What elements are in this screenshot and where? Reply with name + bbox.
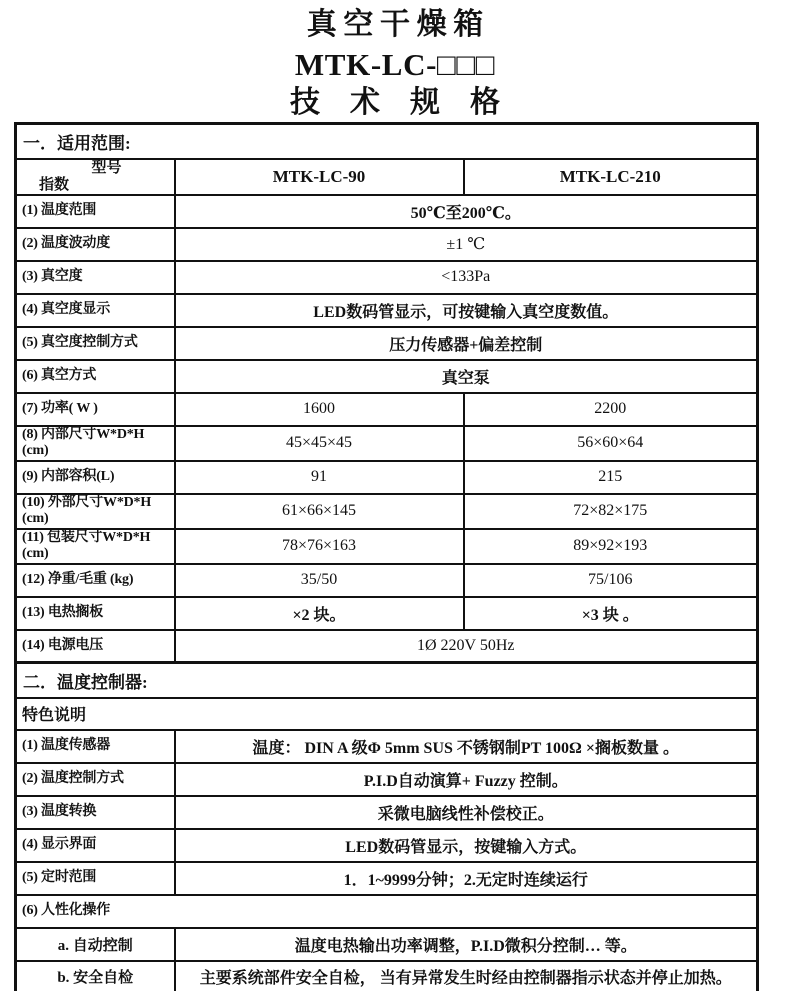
row-label: (2) 温度波动度: [16, 228, 175, 261]
row-value: 1．1~9999分钟；2.无定时连续运行: [175, 862, 758, 895]
row-value-90: 45×45×45: [175, 426, 464, 461]
row-value-90: 61×66×145: [175, 494, 464, 529]
table-row: (1) 温度范围 50℃至200℃。: [16, 195, 758, 228]
row-value: 压力传感器+偏差控制: [175, 327, 758, 360]
table-row: (12) 净重/毛重 (kg) 35/50 75/106: [16, 564, 758, 597]
document-header: 真空干燥箱 MTK-LC-□□□ 技 术 规 格: [0, 0, 790, 121]
section2-subtitle: 特色说明: [16, 698, 758, 730]
row-label: (7) 功率( W ): [16, 393, 175, 426]
product-title: 真空干燥箱: [0, 5, 790, 45]
table-row: (2) 温度波动度 ±1 ℃: [16, 228, 758, 261]
table-row: b. 安全自检 主要系统部件安全自检， 当有异常发生时经由控制器指示状态并停止加…: [16, 961, 758, 991]
table-row: (14) 电源电压 1Ø 220V 50Hz: [16, 630, 758, 663]
matrix-header-row: 型号 指数 MTK-LC-90 MTK-LC-210: [16, 159, 758, 195]
row-label: (6) 真空方式: [16, 360, 175, 393]
table-row: a. 自动控制 温度电热输出功率调整，P.I.D微积分控制… 等。: [16, 928, 758, 961]
section2-subtitle-row: 特色说明: [16, 698, 758, 730]
row-label-full: (6) 人性化操作: [16, 895, 758, 928]
row-label: (3) 真空度: [16, 261, 175, 294]
row-label: (3) 温度转换: [16, 796, 175, 829]
table-row: (1) 温度传感器 温度： DIN A 级Φ 5mm SUS 不锈钢制PT 10…: [16, 730, 758, 763]
row-label: (5) 真空度控制方式: [16, 327, 175, 360]
row-value-210: 215: [464, 461, 758, 494]
section1-title: 一．适用范围:: [16, 124, 758, 159]
table-row: (6) 人性化操作: [16, 895, 758, 928]
table-row: (10) 外部尺寸W*D*H (cm) 61×66×145 72×82×175: [16, 494, 758, 529]
table-row: (5) 真空度控制方式 压力传感器+偏差控制: [16, 327, 758, 360]
row-value: 真空泵: [175, 360, 758, 393]
table-row: (4) 真空度显示 LED数码管显示，可按键输入真空度数值。: [16, 294, 758, 327]
row-label: (14) 电源电压: [16, 630, 175, 663]
table-row: (7) 功率( W ) 1600 2200: [16, 393, 758, 426]
row-label: (8) 内部尺寸W*D*H (cm): [16, 426, 175, 461]
row-value-210: 75/106: [464, 564, 758, 597]
row-value: 50℃至200℃。: [175, 195, 758, 228]
row-value: 温度： DIN A 级Φ 5mm SUS 不锈钢制PT 100Ω ×搁板数量 。: [175, 730, 758, 763]
model-header-90: MTK-LC-90: [175, 159, 464, 195]
table-row: (3) 温度转换 采微电脑线性补偿校正。: [16, 796, 758, 829]
row-value: ±1 ℃: [175, 228, 758, 261]
row-value: 温度电热输出功率调整，P.I.D微积分控制… 等。: [175, 928, 758, 961]
table-row: (3) 真空度 <133Pa: [16, 261, 758, 294]
table-row: (13) 电热搁板 ×2 块。 ×3 块 。: [16, 597, 758, 630]
row-value: LED数码管显示，按键输入方式。: [175, 829, 758, 862]
row-value-90: 78×76×163: [175, 529, 464, 564]
row-value-90: 35/50: [175, 564, 464, 597]
table-row: (9) 内部容积(L) 91 215: [16, 461, 758, 494]
row-label: b. 安全自检: [16, 961, 175, 991]
table-row: (2) 温度控制方式 P.I.D自动演算+ Fuzzy 控制。: [16, 763, 758, 796]
table-row: (6) 真空方式 真空泵: [16, 360, 758, 393]
section1-title-row: 一．适用范围:: [16, 124, 758, 159]
row-value-210: ×3 块 。: [464, 597, 758, 630]
table-row: (4) 显示界面 LED数码管显示，按键输入方式。: [16, 829, 758, 862]
row-label: (4) 显示界面: [16, 829, 175, 862]
spec-table: 一．适用范围: 型号 指数 MTK-LC-90 MTK-LC-210 (1) 温…: [14, 122, 759, 991]
row-label: (2) 温度控制方式: [16, 763, 175, 796]
row-value-90: ×2 块。: [175, 597, 464, 630]
table-row: (11) 包装尺寸W*D*H (cm) 78×76×163 89×92×193: [16, 529, 758, 564]
row-value-210: 2200: [464, 393, 758, 426]
row-value: P.I.D自动演算+ Fuzzy 控制。: [175, 763, 758, 796]
section2-title-row: 二．温度控制器:: [16, 663, 758, 698]
model-number-title: MTK-LC-□□□: [0, 45, 790, 85]
row-label: a. 自动控制: [16, 928, 175, 961]
row-label: (1) 温度范围: [16, 195, 175, 228]
row-label: (13) 电热搁板: [16, 597, 175, 630]
row-label: (9) 内部容积(L): [16, 461, 175, 494]
row-value-210: 72×82×175: [464, 494, 758, 529]
row-value: <133Pa: [175, 261, 758, 294]
row-value: 主要系统部件安全自检， 当有异常发生时经由控制器指示状态并停止加热。: [175, 961, 758, 991]
section2-title: 二．温度控制器:: [16, 663, 758, 698]
row-value: 采微电脑线性补偿校正。: [175, 796, 758, 829]
spec-title: 技 术 规 格: [0, 85, 790, 121]
row-label: (11) 包装尺寸W*D*H (cm): [16, 529, 175, 564]
row-label: (4) 真空度显示: [16, 294, 175, 327]
row-value-90: 91: [175, 461, 464, 494]
corner-label-index: 指数: [17, 177, 174, 194]
model-header-210: MTK-LC-210: [464, 159, 758, 195]
table-row: (8) 内部尺寸W*D*H (cm) 45×45×45 56×60×64: [16, 426, 758, 461]
row-value-210: 89×92×193: [464, 529, 758, 564]
row-value-210: 56×60×64: [464, 426, 758, 461]
row-value: 1Ø 220V 50Hz: [175, 630, 758, 663]
row-label: (12) 净重/毛重 (kg): [16, 564, 175, 597]
table-row: (5) 定时范围 1．1~9999分钟；2.无定时连续运行: [16, 862, 758, 895]
row-value: LED数码管显示，可按键输入真空度数值。: [175, 294, 758, 327]
row-value-90: 1600: [175, 393, 464, 426]
corner-label-model: 型号: [17, 160, 174, 177]
row-label: (10) 外部尺寸W*D*H (cm): [16, 494, 175, 529]
matrix-corner-cell: 型号 指数: [16, 159, 175, 195]
row-label: (5) 定时范围: [16, 862, 175, 895]
row-label: (1) 温度传感器: [16, 730, 175, 763]
